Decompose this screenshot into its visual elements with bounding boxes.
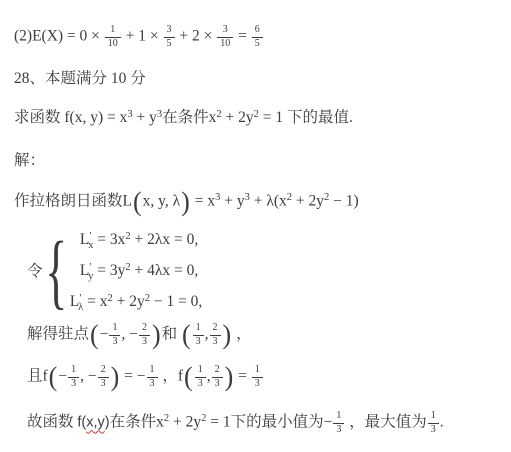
text-segment: =: [234, 368, 251, 385]
line-problem-statement: 求函数 f(x, y) = x3 + y3在条件x2 + 2y2 = 1 下的最…: [14, 107, 353, 131]
text-segment: (: [182, 321, 191, 348]
text-segment: (: [133, 188, 142, 215]
text-segment: 故函数: [27, 414, 77, 431]
text-segment: x: [88, 240, 93, 251]
text-segment: λ: [78, 302, 83, 313]
text-segment: =: [234, 28, 251, 45]
system-equation: L′x = 3x2 + 2λx = 0,: [70, 228, 202, 254]
text-segment: 2: [125, 262, 130, 273]
text-segment: 在条件x: [162, 109, 216, 126]
text-segment: = −: [120, 368, 145, 385]
text-segment: + y: [133, 109, 157, 126]
text-segment: 28、本题满分 10 分: [14, 70, 146, 87]
text-segment: ，f: [159, 368, 184, 385]
fraction: 13: [194, 364, 207, 390]
fraction: 13: [146, 364, 159, 390]
text-segment: − 1): [329, 193, 358, 210]
text-segment: , −: [121, 326, 138, 343]
fraction: 13: [427, 410, 440, 436]
text-segment: 2: [125, 231, 130, 242]
fraction: 23: [209, 322, 222, 348]
text-segment: 3: [157, 109, 162, 120]
fraction: 23: [138, 322, 151, 348]
system-equation: L′y = 3y2 + 4λx = 0,: [70, 259, 202, 285]
text-segment: , −: [80, 368, 97, 385]
text-segment: 2: [201, 413, 206, 424]
text-segment: y: [88, 271, 93, 282]
text-segment: + 2y: [113, 293, 145, 310]
text-segment: = 1下的最小值为−: [206, 414, 332, 431]
text-segment: ，最大值为: [345, 414, 426, 431]
text-segment: ): [111, 363, 120, 390]
text-segment: = x: [83, 293, 107, 310]
text-segment: − 1 = 0,: [150, 293, 202, 310]
text-segment: 2: [254, 109, 259, 120]
fraction: 23: [97, 364, 110, 390]
text-segment: f(: [77, 415, 86, 431]
math-solution-document: (2)E(X) = 0 × 110 + 1 × 35 + 2 × 310 = 6…: [0, 0, 511, 452]
line-lagrange-function: 作拉格朗日函数L(x, y, λ) = x3 + y3 + λ(x2 + 2y2…: [14, 189, 359, 215]
text-segment: −: [100, 326, 109, 343]
text-segment: x, y, λ: [143, 193, 181, 210]
line-stationary-points: 解得驻点(−13, −23)和 (13,23) ，: [27, 322, 252, 348]
text-segment: + 4λx = 0,: [131, 262, 199, 279]
text-segment: + 2y: [169, 414, 201, 431]
line-problem-number: 28、本题满分 10 分: [14, 68, 146, 90]
text-segment: −: [58, 368, 67, 385]
text-segment: (2)E(X) = 0 ×: [14, 28, 104, 45]
text-segment: 2: [145, 293, 150, 304]
text-segment: 作拉格朗日函数L: [14, 193, 132, 210]
fraction: 110: [104, 24, 122, 50]
text-segment: 2: [324, 192, 329, 203]
text-segment: 和: [162, 326, 181, 343]
text-segment: = x: [191, 193, 215, 210]
text-segment: 3: [215, 192, 220, 203]
text-segment: = 1 下的最值.: [259, 109, 353, 126]
text-segment: .: [440, 414, 444, 431]
text-segment: + 2y: [222, 109, 254, 126]
system-prefix-label: 令: [27, 261, 43, 283]
text-segment: ): [223, 321, 232, 348]
fraction: 13: [251, 364, 264, 390]
system-equations: L′x = 3x2 + 2λx = 0,L′y = 3y2 + 4λx = 0,…: [70, 228, 202, 316]
text-segment: (: [184, 363, 193, 390]
fraction: 13: [192, 322, 205, 348]
line-function-values: 且f(−13, −23) = −13 ，f(13,23) = 13: [27, 364, 264, 390]
text-segment: 2: [216, 109, 221, 120]
text-segment: + 2 ×: [176, 28, 217, 45]
fraction: 13: [332, 410, 345, 436]
text-segment: + 2λx = 0,: [131, 231, 199, 248]
text-segment: 3: [245, 192, 250, 203]
text-segment: 且f: [27, 368, 48, 385]
text-segment: ): [152, 321, 161, 348]
text-segment: 解：: [14, 152, 45, 169]
spellcheck-squiggle-text: x,y: [86, 415, 105, 431]
fraction: 23: [211, 364, 224, 390]
text-segment: ): [181, 188, 190, 215]
system-equation: L′λ = x2 + 2y2 − 1 = 0,: [70, 290, 202, 316]
fraction: 35: [163, 24, 176, 50]
fraction: 13: [108, 322, 121, 348]
text-segment: = 3y: [93, 262, 125, 279]
text-segment: + y: [220, 193, 244, 210]
line-solution-label: 解：: [14, 150, 45, 172]
text-segment: 在条件x: [110, 414, 164, 431]
text-segment: 2: [164, 413, 169, 424]
fraction: 310: [216, 24, 234, 50]
text-segment: + 1 ×: [122, 28, 163, 45]
fraction: 65: [251, 24, 264, 50]
text-segment: ，: [232, 326, 251, 343]
line-equation-system: 令 { L′x = 3x2 + 2λx = 0,L′y = 3y2 + 4λx …: [27, 228, 202, 316]
text-segment: 3: [127, 109, 132, 120]
text-segment: 2: [287, 192, 292, 203]
line-expectation: (2)E(X) = 0 × 110 + 1 × 35 + 2 × 310 = 6…: [14, 24, 264, 50]
text-segment: 求函数 f(x, y) = x: [14, 109, 127, 126]
left-brace-glyph: {: [45, 233, 67, 311]
text-segment: (: [90, 321, 99, 348]
text-segment: (: [49, 363, 58, 390]
text-segment: = 3x: [93, 231, 125, 248]
text-segment: + λ(x: [250, 193, 287, 210]
text-segment: + 2y: [292, 193, 324, 210]
line-conclusion: 故函数 f(x,y)在条件x2 + 2y2 = 1下的最小值为−13 ，最大值为…: [27, 410, 444, 436]
text-segment: 解得驻点: [27, 326, 89, 343]
fraction: 13: [67, 364, 80, 390]
text-segment: 2: [107, 293, 112, 304]
text-segment: ): [225, 363, 234, 390]
